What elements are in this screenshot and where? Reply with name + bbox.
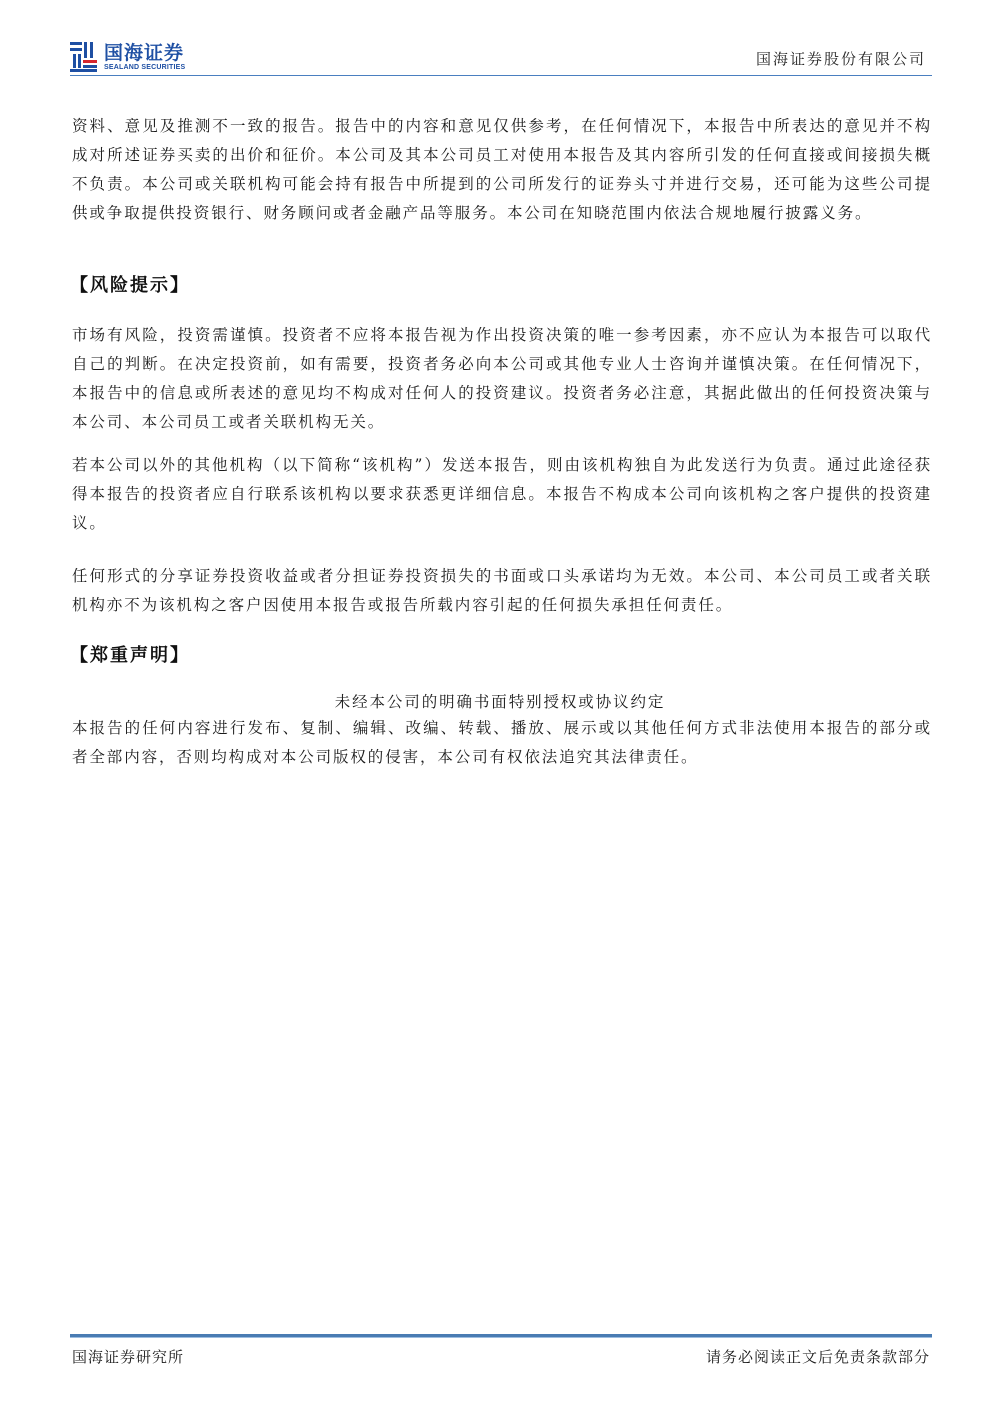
page-header: 国海证券 SEALAND SECURITIES 国海证券股份有限公司 — [70, 40, 930, 76]
company-logo: 国海证券 SEALAND SECURITIES — [70, 42, 185, 72]
risk-paragraph-3: 任何形式的分享证券投资收益或者分担证券投资损失的书面或口头承诺均为无效。本公司、… — [72, 562, 932, 620]
intro-paragraph: 资料、意见及推测不一致的报告。报告中的内容和意见仅供参考，在任何情况下，本报告中… — [72, 112, 932, 228]
risk-heading: 【风险提示】 — [70, 271, 190, 297]
company-name: 国海证券股份有限公司 — [756, 48, 926, 69]
header-divider — [70, 75, 932, 76]
footer-disclaimer-note: 请务必阅读正文后免责条款部分 — [706, 1346, 930, 1367]
solemn-declaration-heading: 【郑重声明】 — [70, 641, 190, 667]
solemn-paragraph: 本报告的任何内容进行发布、复制、编辑、改编、转载、播放、展示或以其他任何方式非法… — [72, 714, 932, 772]
risk-paragraph-2: 若本公司以外的其他机构（以下简称“该机构”）发送本报告，则由该机构独自为此发送行… — [72, 451, 932, 538]
sealand-logo-icon — [70, 42, 98, 72]
logo-english-name: SEALAND SECURITIES — [104, 63, 185, 72]
solemn-centered-line: 未经本公司的明确书面特别授权或协议约定 — [0, 690, 1000, 712]
footer-institute: 国海证券研究所 — [72, 1346, 184, 1367]
risk-paragraph-1: 市场有风险，投资需谨慎。投资者不应将本报告视为作出投资决策的唯一参考因素，亦不应… — [72, 321, 932, 437]
footer-divider — [70, 1334, 932, 1338]
logo-chinese-name: 国海证券 — [104, 43, 185, 63]
